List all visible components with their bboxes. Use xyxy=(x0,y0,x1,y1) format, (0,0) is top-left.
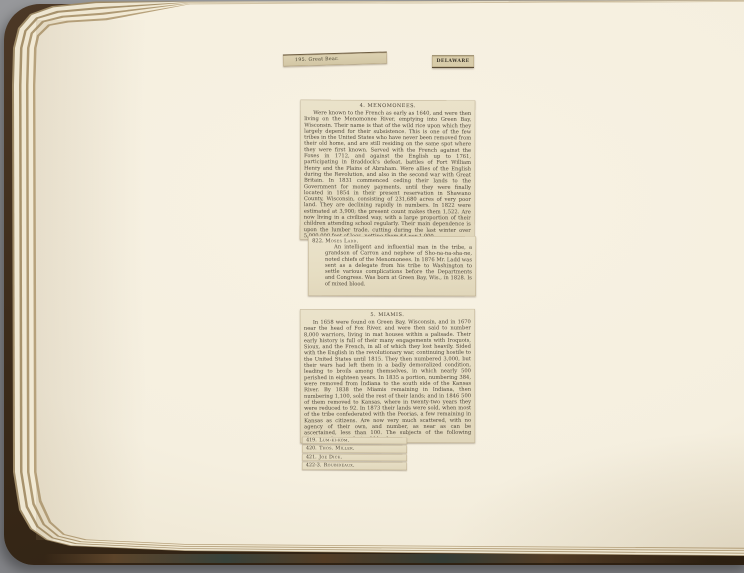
list-item-number: 419. xyxy=(306,437,317,443)
tribe-label-delaware: DELAWARE xyxy=(432,55,474,68)
list-item-name: Joe Dick. xyxy=(319,454,342,460)
cover-edge-texture xyxy=(44,554,744,563)
list-item-name: Lum-ki-kom. xyxy=(319,437,349,443)
list-item-name: Roubideaux. xyxy=(324,463,355,469)
list-item: 422-3.Roubideaux. xyxy=(302,462,407,470)
list-item: 420.Thos. Miller. xyxy=(302,445,407,453)
album-photo: 195. Great Bear. DELAWARE 4. MENOMONEES.… xyxy=(0,0,744,573)
list-item-number: 422-3. xyxy=(306,462,321,468)
page-corner-shade xyxy=(444,430,744,550)
miamis-heading: 5. MIAMIS. xyxy=(304,312,471,318)
tribe-label-text: DELAWARE xyxy=(432,56,474,66)
list-item-number: 421. xyxy=(306,454,317,460)
clipping-menomonees: 4. MENOMONEES. Were known to the French … xyxy=(300,100,476,241)
list-item-name: Thos. Miller. xyxy=(319,446,355,452)
list-item: 419.Lum-ki-kom. xyxy=(302,437,407,445)
list-item: 421.Joe Dick. xyxy=(302,454,407,462)
ladd-body: An intelligent and influential man in th… xyxy=(325,244,472,288)
clipping-moses-ladd: 822. Moses Ladd. An intelligent and infl… xyxy=(308,236,476,297)
page-gutter-shade xyxy=(36,20,146,540)
portrait-list-clipping: 419.Lum-ki-kom. 420.Thos. Miller. 421.Jo… xyxy=(302,437,407,471)
menomonees-body: Were known to the French as early as 164… xyxy=(304,110,472,240)
menomonees-heading: 4. MENOMONEES. xyxy=(304,103,471,109)
miamis-body: In 1658 were found on Green Bay, Wiscons… xyxy=(304,319,471,442)
ladd-number: 822. xyxy=(312,238,324,244)
caption-text: 195. Great Bear. xyxy=(283,52,387,65)
clipping-miamis: 5. MIAMIS. In 1658 were found on Green B… xyxy=(300,309,475,443)
list-item-number: 420. xyxy=(306,446,317,452)
